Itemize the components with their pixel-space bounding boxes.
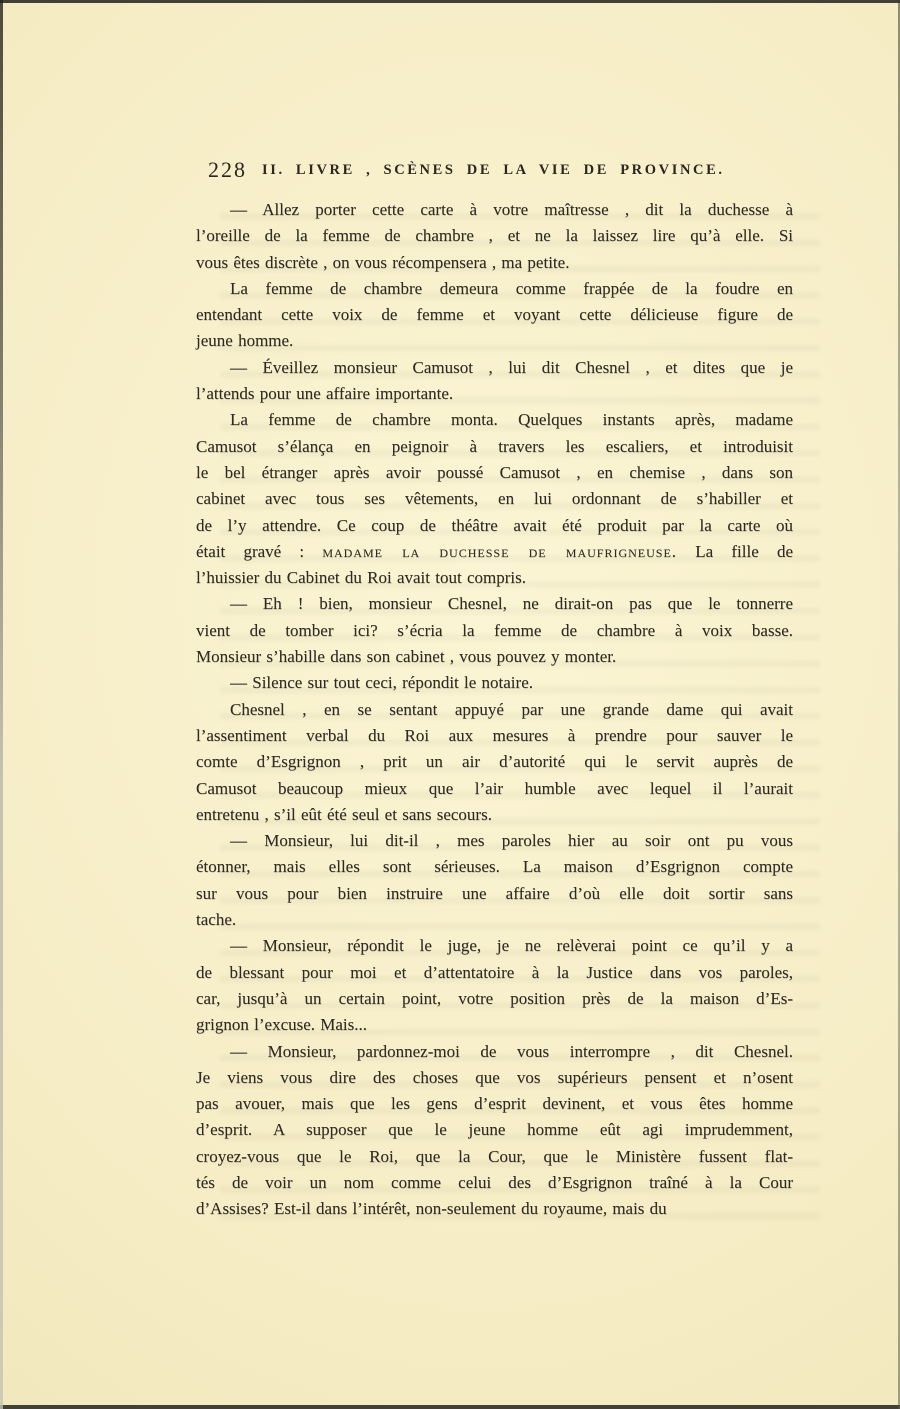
text-segment: — Allez porter cette carte à votre maîtr… [230,200,793,219]
paragraph: — Monsieur, pardonnez-moi de vous interr… [196,1039,793,1223]
text-segment: l’oreille de la femme de chambre , et ne… [196,226,793,245]
paragraph: Chesnel , en se sentant appuyé par une g… [196,697,793,828]
text-segment: le bel étranger après avoir poussé Camus… [196,463,793,482]
text-segment: entendant cette voix de femme et voyant … [196,305,793,324]
text-line: de l’y attendre. Ce coup de théâtre avai… [196,513,793,539]
text-line: comte d’Esgrignon , prit un air d’autori… [196,749,793,775]
text-segment: croyez-vous que le Roi, que la Cour, que… [196,1147,793,1166]
text-segment: entretenu , s’il eût été seul et sans se… [196,805,492,824]
text-segment: de l’y attendre. Ce coup de théâtre avai… [196,516,793,535]
text-segment: tache. [196,910,236,929]
text-line: l’attends pour une affaire importante. [196,381,793,407]
text-segment: — Eh ! bien, monsieur Chesnel, ne dirait… [230,594,793,613]
smallcaps-text: madame la duchesse de maufrigneuse. [322,542,677,561]
text-segment: — Éveillez monsieur Camusot , lui dit Ch… [230,358,793,377]
text-line: Camusot beaucoup mieux que l’air humble … [196,776,793,802]
text-line: — Monsieur, répondit le juge, je ne relè… [196,933,793,959]
text-line: grignon l’excuse. Mais... [196,1012,793,1038]
text-line: croyez-vous que le Roi, que la Cour, que… [196,1144,793,1170]
text-segment: était gravé : [196,542,322,561]
text-segment: cabinet avec tous ses vêtements, en lui … [196,489,793,508]
text-segment: grignon l’excuse. Mais... [196,1015,367,1034]
scan-edge-left [0,0,3,1409]
text-line: Camusot s’élança en peignoir à travers l… [196,434,793,460]
text-block: — Allez porter cette carte à votre maîtr… [196,197,793,1223]
text-line: — Monsieur, pardonnez-moi de vous interr… [196,1039,793,1065]
text-segment: Je viens vous dire des choses que vos su… [196,1068,793,1087]
text-segment: l’assentiment verbal du Roi aux mesures … [196,726,793,745]
text-line: sur vous pour bien instruire une affaire… [196,881,793,907]
text-segment: La femme de chambre demeura comme frappé… [230,279,793,298]
text-line: tache. [196,907,793,933]
paragraph: La femme de chambre monta. Quelques inst… [196,407,793,591]
text-line: le bel étranger après avoir poussé Camus… [196,460,793,486]
text-line: vient de tomber ici? s’écria la femme de… [196,618,793,644]
text-segment: La fille de [677,542,793,561]
text-line: — Eh ! bien, monsieur Chesnel, ne dirait… [196,591,793,617]
page-number: 228 [208,157,247,183]
scan-edge-bottom [0,1405,900,1409]
text-line: entretenu , s’il eût été seul et sans se… [196,802,793,828]
text-line: car, jusqu’à un certain point, votre pos… [196,986,793,1012]
text-segment: de blessant pour moi et d’attentatoire à… [196,963,793,982]
text-segment: La femme de chambre monta. Quelques inst… [230,410,793,429]
text-segment: tés de voir un nom comme celui des d’Esg… [196,1173,793,1192]
paragraph: — Allez porter cette carte à votre maîtr… [196,197,793,276]
text-segment: — Monsieur, pardonnez-moi de vous interr… [230,1042,793,1061]
paragraph: La femme de chambre demeura comme frappé… [196,276,793,355]
text-line: — Monsieur, lui dit-il , mes paroles hie… [196,828,793,854]
text-line: La femme de chambre demeura comme frappé… [196,276,793,302]
text-segment: l’attends pour une affaire importante. [196,384,453,403]
scan-edge-top [0,0,900,3]
text-segment: jeune homme. [196,331,293,350]
text-line: d’esprit. A supposer que le jeune homme … [196,1117,793,1143]
text-line: d’Assises? Est-il dans l’intérêt, non-se… [196,1196,793,1222]
running-title: II. LIVRE , SCÈNES DE LA VIE DE PROVINCE… [262,162,725,179]
text-line: de blessant pour moi et d’attentatoire à… [196,960,793,986]
text-segment: d’Assises? Est-il dans l’intérêt, non-se… [196,1199,667,1218]
paragraph: — Silence sur tout ceci, répondit le not… [196,670,793,696]
text-line: l’huissier du Cabinet du Roi avait tout … [196,565,793,591]
text-segment: — Monsieur, répondit le juge, je ne relè… [230,936,793,955]
text-segment: étonner, mais elles sont sérieuses. La m… [196,857,793,876]
text-segment: vient de tomber ici? s’écria la femme de… [196,621,793,640]
text-segment: comte d’Esgrignon , prit un air d’autori… [196,752,793,771]
text-line: Monsieur s’habille dans son cabinet , vo… [196,644,793,670]
paragraph: — Éveillez monsieur Camusot , lui dit Ch… [196,355,793,408]
text-segment: car, jusqu’à un certain point, votre pos… [196,989,793,1008]
text-segment: l’huissier du Cabinet du Roi avait tout … [196,568,526,587]
text-segment: Camusot s’élança en peignoir à travers l… [196,437,793,456]
text-line: — Éveillez monsieur Camusot , lui dit Ch… [196,355,793,381]
text-segment: Camusot beaucoup mieux que l’air humble … [196,779,793,798]
running-head: 228 II. LIVRE , SCÈNES DE LA VIE DE PROV… [196,155,796,185]
text-segment: Chesnel , en se sentant appuyé par une g… [230,700,793,719]
text-line: jeune homme. [196,328,793,354]
text-line: pas avouer, mais que les gens d’esprit d… [196,1091,793,1117]
paragraph: — Monsieur, lui dit-il , mes paroles hie… [196,828,793,933]
text-segment: vous êtes discrète , on vous récompenser… [196,253,569,272]
book-page-scan: 228 II. LIVRE , SCÈNES DE LA VIE DE PROV… [0,0,900,1409]
text-segment: — Monsieur, lui dit-il , mes paroles hie… [230,831,793,850]
text-segment: d’esprit. A supposer que le jeune homme … [196,1120,793,1139]
text-line: Je viens vous dire des choses que vos su… [196,1065,793,1091]
text-line: cabinet avec tous ses vêtements, en lui … [196,486,793,512]
text-line: — Allez porter cette carte à votre maîtr… [196,197,793,223]
text-line: tés de voir un nom comme celui des d’Esg… [196,1170,793,1196]
text-line: l’assentiment verbal du Roi aux mesures … [196,723,793,749]
text-line: La femme de chambre monta. Quelques inst… [196,407,793,433]
paragraph: — Eh ! bien, monsieur Chesnel, ne dirait… [196,591,793,670]
text-line: — Silence sur tout ceci, répondit le not… [196,670,793,696]
text-segment: Monsieur s’habille dans son cabinet , vo… [196,647,616,666]
text-segment: — Silence sur tout ceci, répondit le not… [230,673,533,692]
text-segment: sur vous pour bien instruire une affaire… [196,884,793,903]
text-line: Chesnel , en se sentant appuyé par une g… [196,697,793,723]
text-segment: pas avouer, mais que les gens d’esprit d… [196,1094,793,1113]
text-line: étonner, mais elles sont sérieuses. La m… [196,854,793,880]
text-line: l’oreille de la femme de chambre , et ne… [196,223,793,249]
text-line: vous êtes discrète , on vous récompenser… [196,250,793,276]
paragraph: — Monsieur, répondit le juge, je ne relè… [196,933,793,1038]
text-line: était gravé : madame la duchesse de mauf… [196,539,793,565]
text-line: entendant cette voix de femme et voyant … [196,302,793,328]
